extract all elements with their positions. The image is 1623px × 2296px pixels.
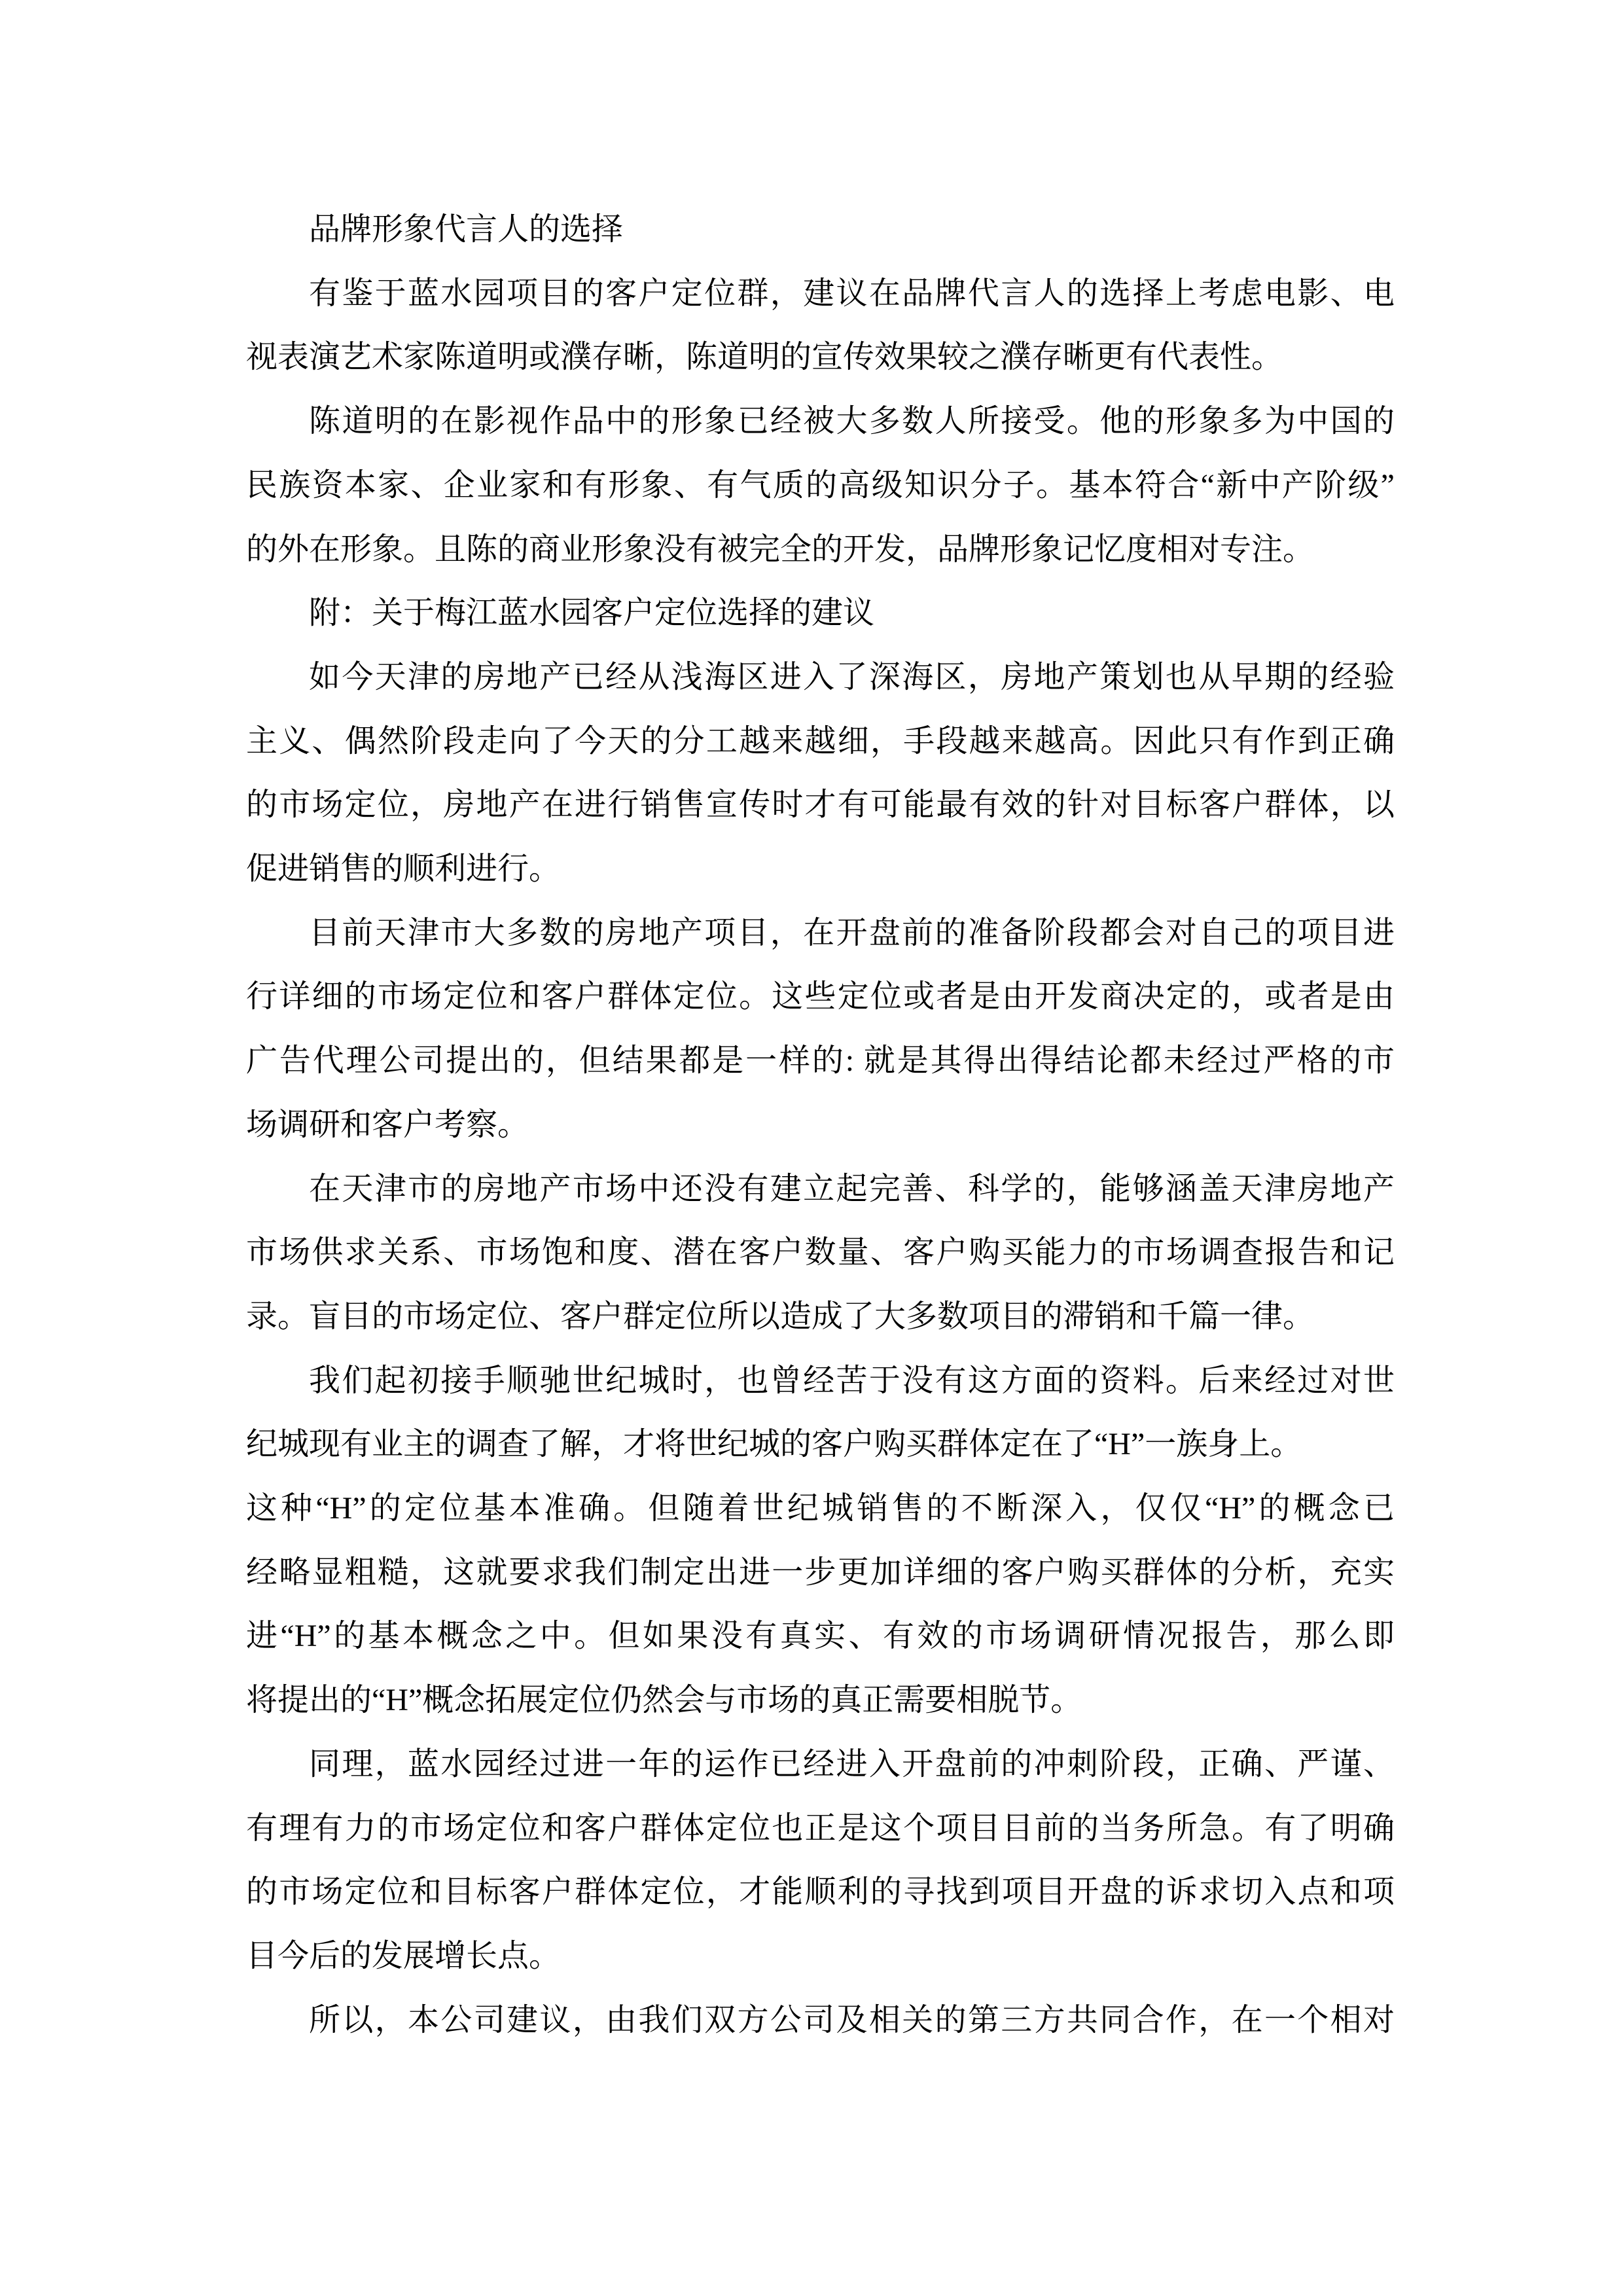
text-line: 的外在形象。且陈的商业形象没有被完全的开发，品牌形象记忆度相对专注。: [246, 518, 1395, 582]
text-line: 的市场定位，房地产在进行销售宣传时才有可能最有效的针对目标客户群体，以: [246, 773, 1395, 837]
text-line: 民族资本家、企业家和有形象、有气质的高级知识分子。基本符合“新中产阶级”: [246, 454, 1395, 518]
text-line: 所以，本公司建议，由我们双方公司及相关的第三方共同合作，在一个相对: [246, 1988, 1395, 2053]
text-line: 陈道明的在影视作品中的形象已经被大多数人所接受。他的形象多为中国的: [246, 389, 1395, 454]
text-line: 这种“H”的定位基本准确。但随着世纪城销售的不断深入，仅仅“H”的概念已: [246, 1477, 1395, 1541]
text-line: 进“H”的基本概念之中。但如果没有真实、有效的市场调研情况报告，那么即: [246, 1604, 1395, 1668]
text-line: 行详细的市场定位和客户群体定位。这些定位或者是由开发商决定的，或者是由: [246, 965, 1395, 1029]
text-line: 经略显粗糙，这就要求我们制定出进一步更加详细的客户购买群体的分析，充实: [246, 1541, 1395, 1605]
text-line: 在天津市的房地产市场中还没有建立起完善、科学的，能够涵盖天津房地产: [246, 1157, 1395, 1221]
document-body: 品牌形象代言人的选择有鉴于蓝水园项目的客户定位群，建议在品牌代言人的选择上考虑电…: [246, 198, 1395, 2052]
text-line: 我们起初接手顺驰世纪城时，也曾经苦于没有这方面的资料。后来经过对世: [246, 1349, 1395, 1413]
document-page: 品牌形象代言人的选择有鉴于蓝水园项目的客户定位群，建议在品牌代言人的选择上考虑电…: [0, 0, 1623, 2296]
text-line: 广告代理公司提出的，但结果都是一样的: 就是其得出得结论都未经过严格的市: [246, 1029, 1395, 1093]
text-line: 促进销售的顺利进行。: [246, 837, 1395, 901]
text-line: 如今天津的房地产已经从浅海区进入了深海区，房地产策划也从早期的经验: [246, 645, 1395, 709]
text-line: 场调研和客户考察。: [246, 1093, 1395, 1157]
text-line: 录。盲目的市场定位、客户群定位所以造成了大多数项目的滞销和千篇一律。: [246, 1285, 1395, 1349]
text-line: 品牌形象代言人的选择: [246, 198, 1395, 262]
text-line: 市场供求关系、市场饱和度、潜在客户数量、客户购买能力的市场调查报告和记: [246, 1221, 1395, 1285]
text-line: 目前天津市大多数的房地产项目，在开盘前的准备阶段都会对自己的项目进: [246, 901, 1395, 965]
text-line: 目今后的发展增长点。: [246, 1924, 1395, 1988]
text-line: 有鉴于蓝水园项目的客户定位群，建议在品牌代言人的选择上考虑电影、电: [246, 262, 1395, 326]
text-line: 将提出的“H”概念拓展定位仍然会与市场的真正需要相脱节。: [246, 1668, 1395, 1732]
text-line: 的市场定位和目标客户群体定位，才能顺利的寻找到项目开盘的诉求切入点和项: [246, 1860, 1395, 1924]
text-line: 附：关于梅江蓝水园客户定位选择的建议: [246, 581, 1395, 645]
text-line: 有理有力的市场定位和客户群体定位也正是这个项目目前的当务所急。有了明确: [246, 1797, 1395, 1861]
text-line: 主义、偶然阶段走向了今天的分工越来越细，手段越来越高。因此只有作到正确: [246, 709, 1395, 774]
text-line: 同理，蓝水园经过进一年的运作已经进入开盘前的冲刺阶段，正确、严谨、: [246, 1732, 1395, 1797]
text-line: 纪城现有业主的调查了解，才将世纪城的客户购买群体定在了“H”一族身上。: [246, 1412, 1395, 1477]
text-line: 视表演艺术家陈道明或濮存晰，陈道明的宣传效果较之濮存晰更有代表性。: [246, 325, 1395, 389]
